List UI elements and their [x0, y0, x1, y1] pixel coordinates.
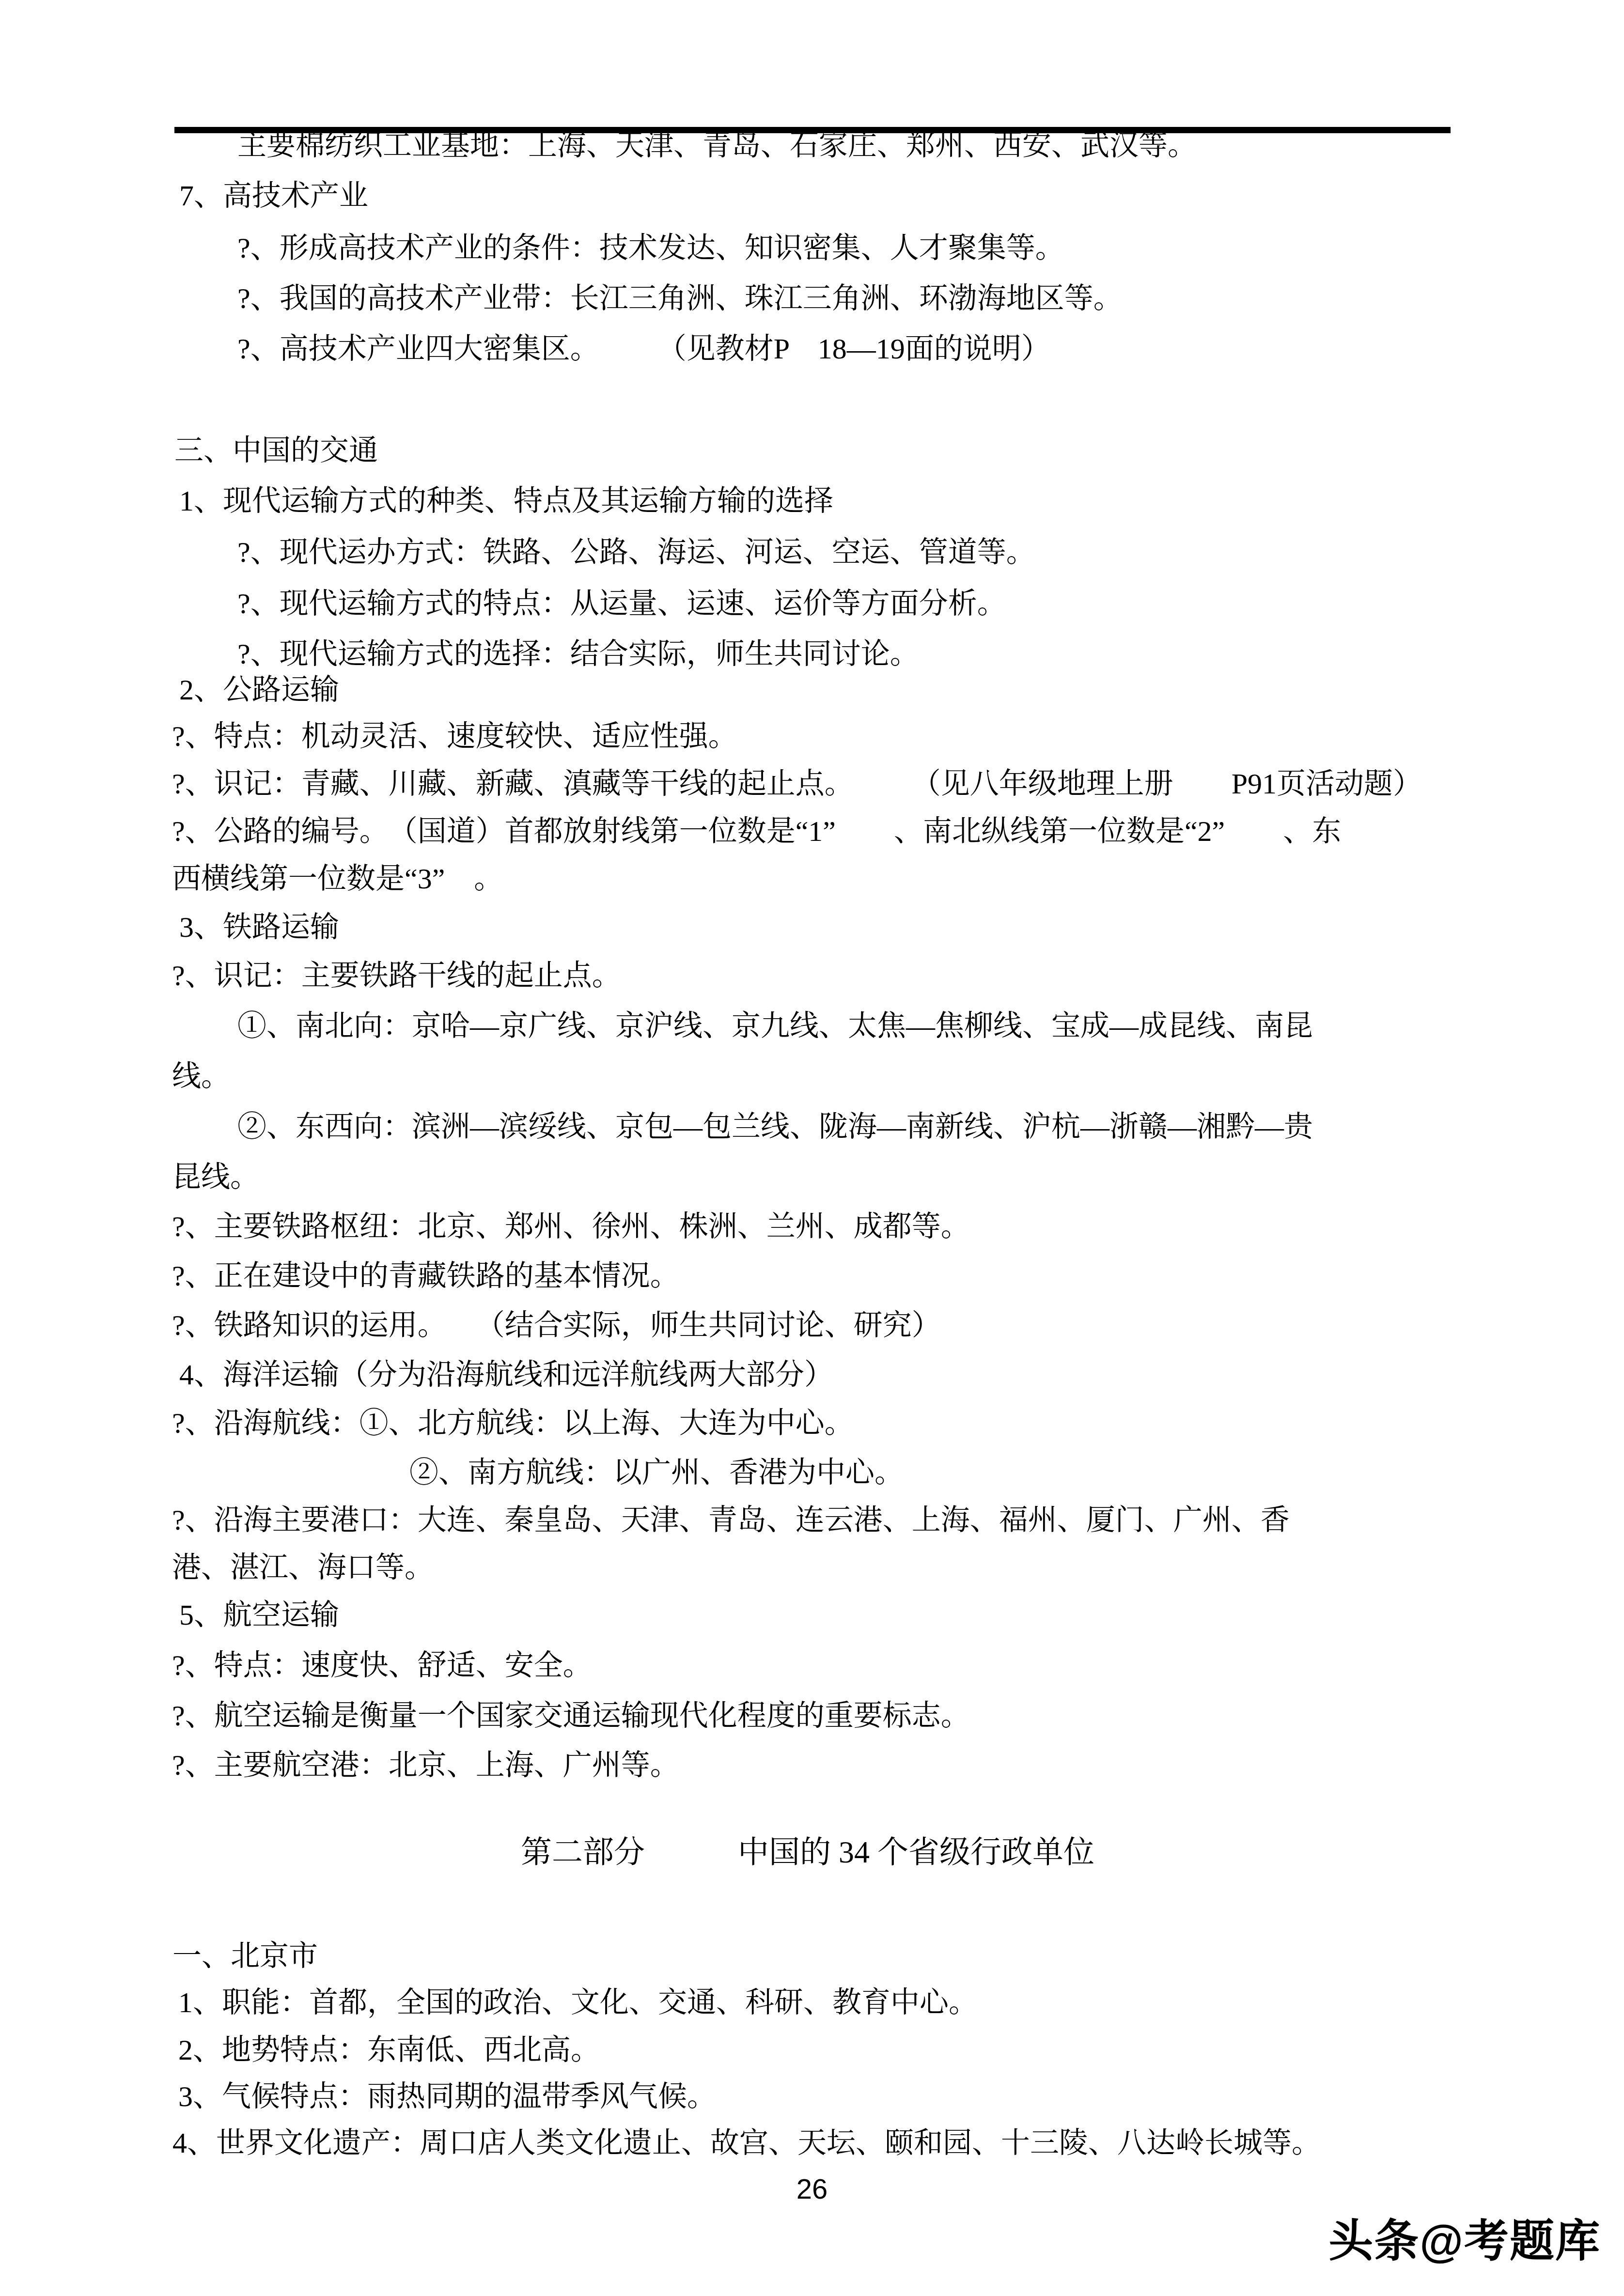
- text-line: ①、南北向：京哈—京广线、京沪线、京九线、太焦—焦柳线、宝成—成昆线、南昆: [237, 1002, 1313, 1050]
- text-line: 1、现代运输方式的种类、特点及其运输方输的选择: [179, 477, 833, 525]
- document-page: 主要棉纺织工业基地：上海、天津、青岛、石家庄、郑州、西安、武汉等。7、高技术产业…: [0, 0, 1624, 2296]
- text-line: ?、现代运输方式的特点：从运量、运速、运价等方面分析。: [237, 579, 1006, 628]
- text-line: 1、职能：首都，全国的政治、文化、交通、科研、教育中心。: [178, 1978, 978, 2027]
- text-line: ?、正在建设中的青藏铁路的基本情况。: [172, 1252, 679, 1300]
- section-heading: 第二部分 中国的 34 个省级行政单位: [521, 1828, 1094, 1877]
- watermark-toutiao-kaotiku: 头条@考题库: [1328, 2215, 1601, 2268]
- text-line: 3、气候特点：雨热同期的温带季风气候。: [178, 2072, 716, 2121]
- text-line: ?、特点：速度快、舒适、安全。: [172, 1641, 592, 1690]
- text-line: 西横线第一位数是“3” 。: [172, 854, 503, 903]
- text-line: ?、沿海主要港口：大连、秦皇岛、天津、青岛、连云港、上海、福州、厦门、广州、香: [172, 1496, 1290, 1544]
- text-line: ?、形成高技术产业的条件：技术发达、知识密集、人才聚集等。: [237, 224, 1064, 272]
- text-line: ?、特点：机动灵活、速度较快、适应性强。: [172, 712, 737, 760]
- page-number: 26: [0, 2165, 1624, 2214]
- text-line: 三、中国的交通: [174, 426, 378, 475]
- text-line: ?、我国的高技术产业带：长江三角洲、珠江三角洲、环渤海地区等。: [237, 274, 1123, 323]
- text-line: 7、高技术产业: [179, 171, 368, 220]
- text-line: ?、识记：主要铁路干线的起止点。: [172, 951, 621, 1000]
- text-line: 线。: [172, 1052, 230, 1101]
- text-line: ?、高技术产业四大密集区。 （见教材P 18—19面的说明）: [237, 325, 1050, 373]
- text-line: 主要棉纺织工业基地：上海、天津、青岛、石家庄、郑州、西安、武汉等。: [237, 121, 1197, 170]
- text-line: ②、东西向：滨洲—滨绥线、京包—包兰线、陇海—南新线、沪杭—浙赣—湘黔—贵: [237, 1102, 1313, 1151]
- text-line: ②、南方航线：以广州、香港为中心。: [409, 1448, 904, 1497]
- text-line: ?、航空运输是衡量一个国家交通运输现代化程度的重要标志。: [172, 1691, 970, 1740]
- text-line: ?、沿海航线：①、北方航线：以上海、大连为中心。: [172, 1399, 854, 1447]
- text-line: ?、铁路知识的运用。 （结合实际，师生共同讨论、研究）: [172, 1301, 941, 1350]
- text-line: ?、公路的编号。 （国道）首都放射线第一位数是“1” 、南北纵线第一位数是“2”…: [172, 807, 1341, 855]
- text-line: 2、地势特点：东南低、西北高。: [178, 2026, 600, 2074]
- text-line: 5、航空运输: [179, 1591, 339, 1639]
- text-line: ?、主要铁路枢纽：北京、郑州、徐州、株洲、兰州、成都等。: [172, 1202, 970, 1251]
- text-line: 4、世界文化遗产：周口店人类文化遗止、故宫、天坛、颐和园、十三陵、八达岭长城等。: [172, 2119, 1321, 2167]
- text-line: 3、铁路运输: [179, 903, 339, 951]
- text-line: ?、识记：青藏、川藏、新藏、滇藏等干线的起止点。 （见八年级地理上册 P91页活…: [172, 760, 1422, 808]
- text-line: 昆线。: [172, 1153, 259, 1201]
- text-line: ?、现代运输方式的选择：结合实际，师生共同讨论。: [237, 630, 919, 678]
- text-line: 一、北京市: [172, 1932, 318, 1980]
- text-line: 2、公路运输: [179, 666, 339, 714]
- text-line: 港、湛江、海口等。: [172, 1543, 434, 1592]
- text-line: 4、海洋运输（分为沿海航线和远洋航线两大部分）: [179, 1350, 833, 1399]
- text-line: ?、现代运办方式：铁路、公路、海运、河运、空运、管道等。: [237, 528, 1035, 576]
- text-line: ?、主要航空港：北京、上海、广州等。: [172, 1741, 679, 1789]
